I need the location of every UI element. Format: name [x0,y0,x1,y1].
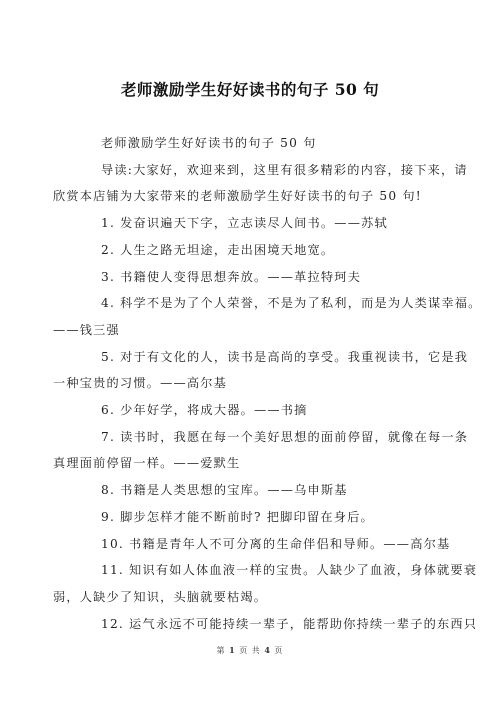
document-title: 老师激励学生好好读书的句子 50 句 [0,78,500,100]
quote-item-5-continued: 一种宝贵的习惯。——高尔基 [53,370,453,397]
quote-item-2: 2. 人生之路无坦途，走出困境天地宽。 [77,237,453,264]
footer-suffix: 页 [271,646,284,655]
quote-item-4: 4. 科学不是为了个人荣誉，不是为了私利，而是为人类谋幸福。 [77,290,453,317]
total-pages-number: 4 [264,645,271,655]
quote-item-8: 8. 书籍是人类思想的宝库。——乌申斯基 [77,477,453,504]
quote-item-1: 1. 发奋识遍天下字，立志读尽人间书。——苏轼 [77,210,453,237]
document-body: 老师激励学生好好读书的句子 50 句 导读:大家好，欢迎来到，这里有很多精彩的内… [77,130,453,637]
footer-middle: 页 共 [236,646,265,655]
quote-item-12: 12. 运气永远不可能持续一辈子，能帮助你持续一辈子的东西只 [77,611,453,638]
quote-item-6: 6. 少年好学，将成大器。——书摘 [77,397,453,424]
quote-item-7: 7. 读书时，我愿在每一个美好思想的面前停留，就像在每一条 [77,424,453,451]
quote-item-9: 9. 脚步怎样才能不断前时? 把脚印留在身后。 [77,504,453,531]
quote-item-11-continued: 弱，人缺少了知识，头脑就要枯竭。 [53,584,453,611]
intro-paragraph-line-2: 欣赏本店铺为大家带来的老师激励学生好好读书的句子 50 句! [53,183,453,210]
current-page-number: 1 [229,645,236,655]
footer-prefix: 第 [217,646,230,655]
intro-paragraph-line-1: 导读:大家好，欢迎来到，这里有很多精彩的内容，接下来，请 [77,157,453,184]
quote-item-4-continued: ——钱三强 [53,317,453,344]
quote-item-11: 11. 知识有如人体血液一样的宝贵。人缺少了血液，身体就要衰 [77,557,453,584]
document-page: 老师激励学生好好读书的句子 50 句 老师激励学生好好读书的句子 50 句 导读… [0,0,500,707]
quote-item-5: 5. 对于有文化的人，读书是高尚的享受。我重视读书，它是我 [77,344,453,371]
quote-item-3: 3. 书籍使人变得思想奔放。——革拉特珂夫 [77,264,453,291]
document-subtitle: 老师激励学生好好读书的句子 50 句 [77,130,453,157]
quote-item-7-continued: 真理面前停留一样。——爱默生 [53,450,453,477]
quote-item-10: 10. 书籍是青年人不可分离的生命伴侣和导师。——高尔基 [77,531,453,558]
page-footer: 第 1 页 共 4 页 [0,645,500,656]
